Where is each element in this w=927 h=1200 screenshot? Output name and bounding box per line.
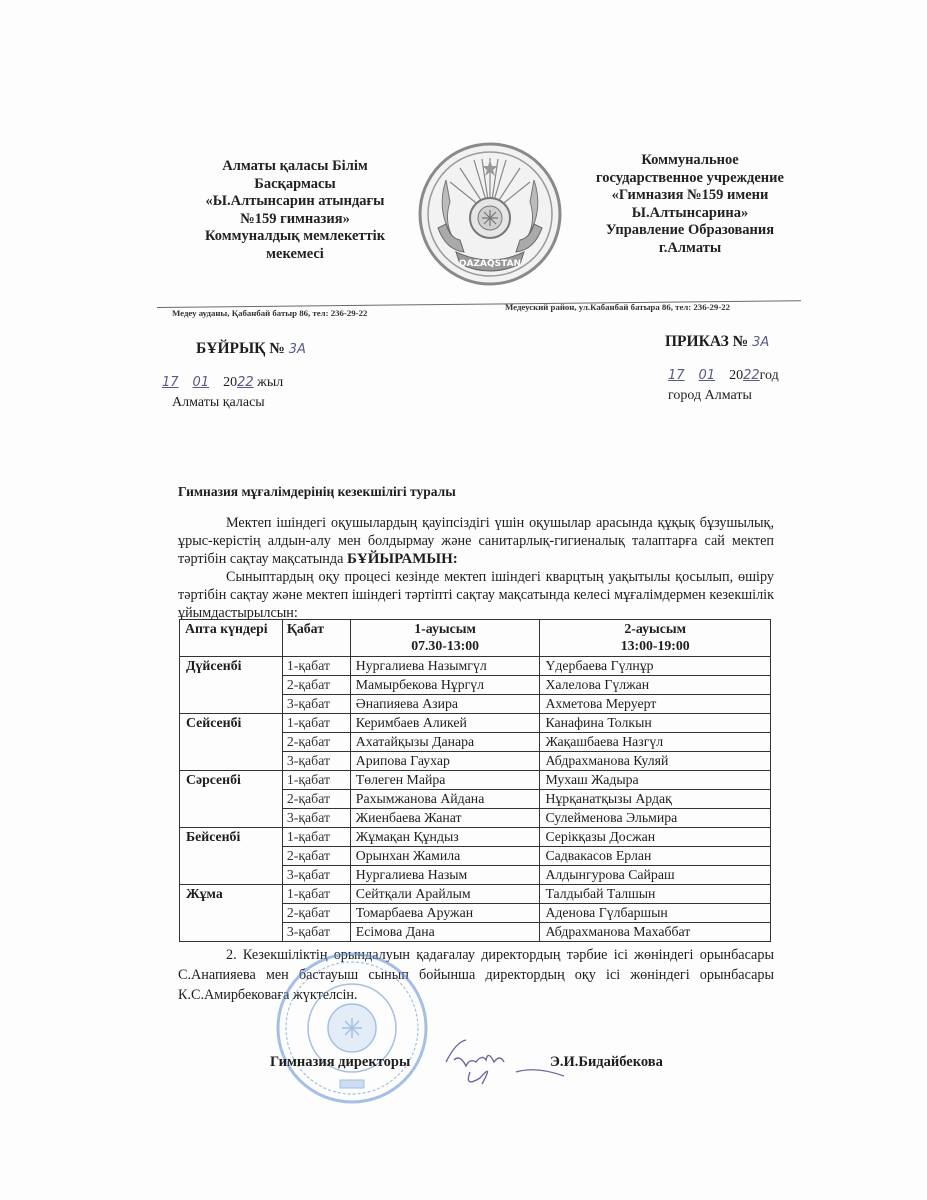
header-ru-line: государственное учреждение	[575, 170, 805, 188]
director-name: Э.И.Бидайбекова	[550, 1054, 663, 1071]
header-kz-line: №159 гимназия»	[180, 211, 410, 229]
shift2-teacher-cell: Садвакасов Ерлан	[540, 847, 771, 866]
shift2-teacher-cell: Серікқазы Досжан	[540, 828, 771, 847]
shift1-teacher-cell: Томарбаева Аружан	[350, 904, 540, 923]
shift1-teacher-cell: Керимбаев Аликей	[350, 714, 540, 733]
order-number-handwritten: 3А	[289, 342, 306, 357]
date-year-suffix: 22	[237, 375, 254, 390]
shift1-teacher-cell: Рахымжанова Айдана	[350, 790, 540, 809]
shift2-time: 13:00-19:00	[544, 637, 766, 654]
date-year-word: год	[760, 368, 779, 383]
duty-schedule-table: Апта күндері Қабат 1-ауысым 07.30-13:00 …	[179, 619, 771, 942]
floor-cell: 1-қабат	[282, 828, 350, 847]
header-kz-line: Алматы қаласы Білім	[180, 158, 410, 176]
date-year-word: жыл	[257, 375, 283, 390]
svg-text:QAZAQSTAN: QAZAQSTAN	[459, 259, 521, 269]
order-label-kz: БҰЙРЫҚ №	[196, 340, 285, 357]
header-kz-line: «Ы.Алтынсарин атындағы	[180, 193, 410, 211]
floor-cell: 2-қабат	[282, 904, 350, 923]
header-ru-line: Коммунальное	[575, 152, 805, 170]
header-ru-line: Управление Образования	[575, 222, 805, 240]
address-kz: Медеу ауданы, Қабанбай батыр 86, тел: 23…	[172, 308, 367, 318]
table-row: Сәрсенбі1-қабатТөлеген МайраМухаш Жадыра	[180, 771, 771, 790]
shift2-teacher-cell: Жақашбаева Назгүл	[540, 733, 771, 752]
shift1-teacher-cell: Жиенбаева Жанат	[350, 809, 540, 828]
order-date-ru: 17012022год	[668, 368, 779, 384]
director-title: Гимназия директоры	[270, 1054, 410, 1071]
table-row: Жұма1-қабатСейтқали АрайлымТалдыбай Талш…	[180, 885, 771, 904]
shift1-teacher-cell: Сейтқали Арайлым	[350, 885, 540, 904]
order-number-ru: ПРИКАЗ № 3А	[665, 333, 769, 351]
date-month: 01	[193, 375, 210, 390]
floor-cell: 1-қабат	[282, 885, 350, 904]
date-month: 01	[699, 368, 716, 383]
paragraph-preamble: Мектеп ішіндегі оқушылардың қауіпсіздігі…	[178, 514, 774, 568]
shift1-teacher-cell: Төлеген Майра	[350, 771, 540, 790]
date-day: 17	[668, 368, 685, 383]
header-floor: Қабат	[282, 620, 350, 657]
shift2-teacher-cell: Халелова Гүлжан	[540, 676, 771, 695]
header-kz-line: Басқармасы	[180, 176, 410, 194]
order-label-ru: ПРИКАЗ №	[665, 333, 748, 350]
header-kz-line: Коммуналдық мемлекеттік	[180, 228, 410, 246]
header-ru-institution: Коммунальное государственное учреждение …	[575, 152, 805, 257]
floor-cell: 3-қабат	[282, 752, 350, 771]
floor-cell: 2-қабат	[282, 790, 350, 809]
order-number-kz: БҰЙРЫҚ № 3А	[196, 340, 306, 358]
shift1-teacher-cell: Нургалиева Назым	[350, 866, 540, 885]
shift1-teacher-cell: Нургалиева Назымгүл	[350, 657, 540, 676]
header-ru-line: «Гимназия №159 имени	[575, 187, 805, 205]
header-shift1: 1-ауысым 07.30-13:00	[350, 620, 540, 657]
floor-cell: 1-қабат	[282, 714, 350, 733]
table-row: Бейсенбі1-қабатЖұмақан ҚұндызСерікқазы Д…	[180, 828, 771, 847]
kazakhstan-emblem-icon: QAZAQSTAN	[416, 140, 564, 288]
address-ru: Медеуский район, ул.Кабанбай батыра 86, …	[505, 302, 730, 312]
handwritten-signature-icon	[436, 1032, 566, 1092]
paragraph-instruction: Сыныптардың оқу процесі кезінде мектеп і…	[178, 568, 774, 622]
floor-cell: 3-қабат	[282, 809, 350, 828]
header-shift2: 2-ауысым 13:00-19:00	[540, 620, 771, 657]
paragraph-supervision: 2. Кезекшіліктің орындалуын қадағалау ди…	[178, 945, 774, 1005]
weekday-cell: Жұма	[180, 885, 283, 942]
header-kz-institution: Алматы қаласы Білім Басқармасы «Ы.Алтынс…	[180, 158, 410, 263]
shift2-label: 2-ауысым	[544, 620, 766, 637]
official-stamp-icon	[272, 948, 432, 1108]
shift2-teacher-cell: Мухаш Жадыра	[540, 771, 771, 790]
header-weekday: Апта күндері	[180, 620, 283, 657]
shift1-teacher-cell: Есімова Дана	[350, 923, 540, 942]
floor-cell: 3-қабат	[282, 695, 350, 714]
date-day: 17	[162, 375, 179, 390]
shift1-label: 1-ауысым	[355, 620, 536, 637]
floor-cell: 3-қабат	[282, 923, 350, 942]
shift1-teacher-cell: Мамырбекова Нұргүл	[350, 676, 540, 695]
shift1-teacher-cell: Ахатайқызы Данара	[350, 733, 540, 752]
shift2-teacher-cell: Талдыбай Талшын	[540, 885, 771, 904]
header-kz-line: мекемесі	[180, 246, 410, 264]
city-ru: город Алматы	[668, 388, 752, 404]
city-kz: Алматы қаласы	[172, 395, 265, 411]
shift2-teacher-cell: Сулейменова Эльмира	[540, 809, 771, 828]
date-year-prefix: 20	[729, 368, 743, 383]
shift1-teacher-cell: Арипова Гаухар	[350, 752, 540, 771]
shift2-teacher-cell: Абдрахманова Махаббат	[540, 923, 771, 942]
shift1-teacher-cell: Орынхан Жамила	[350, 847, 540, 866]
floor-cell: 2-қабат	[282, 676, 350, 695]
preamble-text: Мектеп ішіндегі оқушылардың қауіпсіздігі…	[178, 515, 774, 567]
table-row: Сейсенбі1-қабатКеримбаев АликейКанафина …	[180, 714, 771, 733]
floor-cell: 1-қабат	[282, 657, 350, 676]
shift2-teacher-cell: Аденова Гүлбаршын	[540, 904, 771, 923]
shift1-teacher-cell: Жұмақан Құндыз	[350, 828, 540, 847]
order-date-kz: 17012022 жыл	[162, 375, 283, 391]
floor-cell: 3-қабат	[282, 866, 350, 885]
table-row: Дүйсенбі1-қабатНургалиева НазымгүлҮдерба…	[180, 657, 771, 676]
shift2-teacher-cell: Үдербаева Гүлнұр	[540, 657, 771, 676]
weekday-cell: Дүйсенбі	[180, 657, 283, 714]
shift1-time: 07.30-13:00	[355, 637, 536, 654]
floor-cell: 2-қабат	[282, 847, 350, 866]
floor-cell: 2-қабат	[282, 733, 350, 752]
document-subject: Гимназия мұғалімдерінің кезекшілігі тура…	[178, 484, 456, 500]
date-year-prefix: 20	[223, 375, 237, 390]
weekday-cell: Сәрсенбі	[180, 771, 283, 828]
shift1-teacher-cell: Әнапияева Азира	[350, 695, 540, 714]
table-header-row: Апта күндері Қабат 1-ауысым 07.30-13:00 …	[180, 620, 771, 657]
weekday-cell: Сейсенбі	[180, 714, 283, 771]
order-keyword: БҰЙЫРАМЫН:	[347, 551, 458, 567]
shift2-teacher-cell: Ахметова Меруерт	[540, 695, 771, 714]
shift2-teacher-cell: Абдрахманова Куляй	[540, 752, 771, 771]
shift2-teacher-cell: Канафина Толкын	[540, 714, 771, 733]
shift2-teacher-cell: Нұрқанатқызы Ардақ	[540, 790, 771, 809]
document-page: Алматы қаласы Білім Басқармасы «Ы.Алтынс…	[0, 0, 927, 1200]
floor-cell: 1-қабат	[282, 771, 350, 790]
date-year-suffix: 22	[743, 368, 760, 383]
header-ru-line: г.Алматы	[575, 240, 805, 258]
order-number-handwritten: 3А	[752, 335, 769, 350]
weekday-cell: Бейсенбі	[180, 828, 283, 885]
header-ru-line: Ы.Алтынсарина»	[575, 205, 805, 223]
shift2-teacher-cell: Алдынгурова Сайраш	[540, 866, 771, 885]
